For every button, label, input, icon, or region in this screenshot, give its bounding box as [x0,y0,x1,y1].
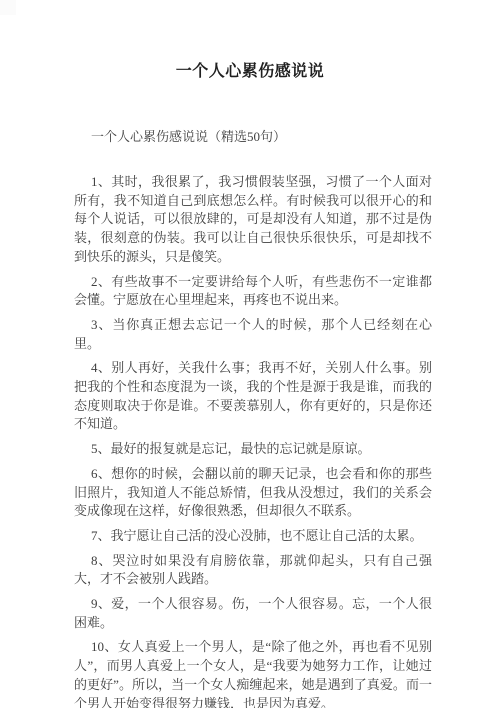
paragraph-9: 9、爱，一个人很容易。伤，一个人很容易。忘，一个人很困难。 [74,595,432,632]
document-subtitle: 一个人心累伤感说说（精选50句） [74,128,432,146]
paragraph-10: 10、女人真爱上一个男人，是“除了他之外，再也看不见别人”，而男人真爱上一个女人… [74,638,432,708]
document-body: 1、其时，我很累了，我习惯假装坚强，习惯了一个人面对所有，我不知道自己到底想怎么… [74,173,432,708]
paragraph-4: 4、别人再好，关我什么事；我再不好，关别人什么事。别把我的个性和态度混为一谈，我… [74,359,432,434]
paragraph-7: 7、我宁愿让自己活的没心没肺，也不愿让自己活的太累。 [74,527,432,546]
paragraph-6: 6、想你的时候，会翻以前的聊天记录，也会看和你的那些旧照片，我知道人不能总矫情，… [74,465,432,521]
page-title: 一个人心累伤感说说 [0,0,500,82]
paragraph-2: 2、有些故事不一定要讲给每个人听，有些悲伤不一定谁都会懂。宁愿放在心里埋起来，再… [74,273,432,310]
scan-artifact [0,0,16,15]
paragraph-5: 5、最好的报复就是忘记，最快的忘记就是原谅。 [74,440,432,459]
document-page: 一个人心累伤感说说 一个人心累伤感说说（精选50句） 1、其时，我很累了，我习惯… [0,0,500,708]
paragraph-8: 8、哭泣时如果没有肩膀依靠，那就仰起头，只有自己强大，才不会被别人践踏。 [74,552,432,589]
paragraph-3: 3、当你真正想去忘记一个人的时候，那个人已经刻在心里。 [74,316,432,353]
paragraph-1: 1、其时，我很累了，我习惯假装坚强，习惯了一个人面对所有，我不知道自己到底想怎么… [74,173,432,267]
